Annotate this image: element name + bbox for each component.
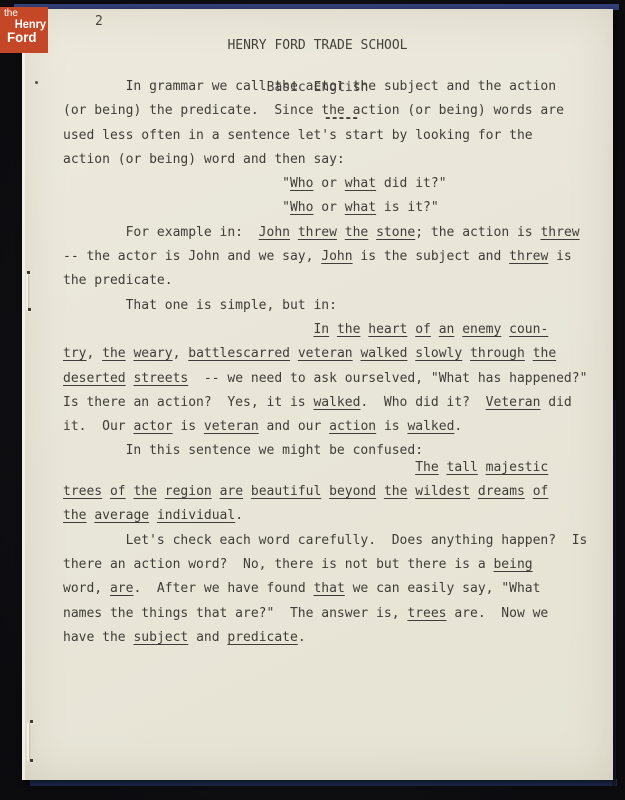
scanned-document: 2 HENRY FORD TRADE SCHOOL Basic English …: [0, 0, 625, 800]
header-title: HENRY FORD TRADE SCHOOL: [22, 39, 613, 53]
text-segment: .: [235, 508, 243, 523]
text-segment: did it?": [376, 176, 446, 191]
text-line: have the subject and predicate.: [63, 626, 608, 650]
text-segment: [376, 484, 384, 499]
text-segment: Is there an action? Yes, it is: [63, 395, 313, 410]
text-segment: [329, 322, 337, 337]
text-segment: majestic: [486, 460, 549, 475]
text-line: In the heart of an enemy coun-: [63, 318, 608, 342]
text-segment: try: [63, 346, 86, 361]
text-segment: the: [533, 346, 556, 361]
text-line: trees of the region are beautiful beyond…: [63, 480, 608, 504]
text-segment: average: [94, 508, 149, 523]
text-segment: the: [63, 508, 86, 523]
text-segment: and our: [259, 419, 329, 434]
text-segment: are. Now we: [447, 606, 549, 621]
text-segment: enemy: [462, 322, 501, 337]
staple-groove: [26, 274, 28, 310]
text-segment: In this sentence we might be confused:: [126, 443, 423, 458]
text-segment: threw: [540, 225, 579, 240]
text-segment: predicate: [227, 630, 297, 645]
text-segment: beautiful: [251, 484, 321, 499]
text-segment: [149, 508, 157, 523]
staple-mark: [27, 271, 30, 274]
text-segment: veteran: [298, 346, 353, 361]
text-segment: the: [345, 225, 368, 240]
text-segment: word,: [63, 581, 110, 596]
text-line: Is there an action? Yes, it is walked. W…: [63, 391, 608, 415]
text-line: it. Our actor is veteran and our action …: [63, 415, 608, 439]
text-line: the predicate.: [63, 269, 608, 293]
text-segment: actor: [133, 419, 172, 434]
text-segment: the: [102, 346, 125, 361]
text-segment: slowly: [415, 346, 462, 361]
text-segment: names the things that are?" The answer i…: [63, 606, 407, 621]
document-body: In grammar we call the actor the subject…: [63, 75, 608, 650]
text-segment: deserted: [63, 371, 126, 386]
text-segment: walked: [360, 346, 407, 361]
text-line: That one is simple, but in:: [63, 294, 608, 318]
text-segment: threw: [509, 249, 548, 264]
text-segment: . Who did it?: [360, 395, 485, 410]
text-segment: .: [454, 419, 462, 434]
text-segment: Veteran: [486, 395, 541, 410]
text-segment: [290, 346, 298, 361]
text-segment: an: [439, 322, 455, 337]
text-segment: .: [298, 630, 306, 645]
text-segment: is: [548, 249, 571, 264]
text-segment: That one is simple, but in:: [126, 298, 337, 313]
text-segment: veteran: [204, 419, 259, 434]
text-segment: is: [376, 419, 407, 434]
text-segment: trees: [63, 484, 102, 499]
text-segment: the: [133, 484, 156, 499]
text-segment: [431, 322, 439, 337]
staple-groove: [27, 723, 29, 761]
text-segment: did: [540, 395, 571, 410]
text-segment: battlescarred: [188, 346, 290, 361]
text-segment: [525, 346, 533, 361]
text-line: used less often in a sentence let's star…: [63, 124, 608, 148]
text-line: deserted streets -- we need to ask ourse…: [63, 367, 608, 391]
text-segment: [321, 484, 329, 499]
text-segment: are: [110, 581, 133, 596]
text-segment: John: [321, 249, 352, 264]
text-segment: trees: [407, 606, 446, 621]
text-segment: ,: [86, 346, 102, 361]
text-segment: of: [415, 322, 431, 337]
text-line: -- the actor is John and we say, John is…: [63, 245, 608, 269]
text-segment: of: [110, 484, 126, 499]
text-segment: Let's check each word carefully. Does an…: [126, 533, 588, 548]
text-segment: is it?": [376, 200, 439, 215]
text-segment: For example in:: [126, 225, 259, 240]
text-segment: what: [345, 200, 376, 215]
text-segment: we can easily say, "What: [345, 581, 541, 596]
scan-edge-bottom: [30, 779, 617, 786]
text-segment: individual: [157, 508, 235, 523]
text-segment: In: [313, 322, 329, 337]
text-segment: [212, 484, 220, 499]
text-segment: Who: [290, 200, 313, 215]
text-segment: is the subject and: [353, 249, 510, 264]
text-segment: -- we need to ask ourselved, "What has h…: [188, 371, 587, 386]
text-segment: [470, 484, 478, 499]
text-segment: the predicate.: [63, 273, 173, 288]
text-segment: tall: [447, 460, 478, 475]
text-segment: [243, 484, 251, 499]
staple-mark: [28, 308, 31, 311]
text-segment: [439, 460, 447, 475]
text-segment: or: [313, 200, 344, 215]
text-segment: ": [282, 176, 290, 191]
text-segment: [102, 484, 110, 499]
text-segment: it. Our: [63, 419, 133, 434]
text-segment: or: [313, 176, 344, 191]
text-segment: subject: [133, 630, 188, 645]
text-segment: [462, 346, 470, 361]
text-segment: dreams: [478, 484, 525, 499]
paper-speck: [35, 81, 38, 84]
text-line: Let's check each word carefully. Does an…: [63, 529, 608, 553]
text-segment: the: [384, 484, 407, 499]
text-segment: of: [533, 484, 549, 499]
staple-mark: [30, 720, 33, 723]
text-line: word, are. After we have found that we c…: [63, 577, 608, 601]
text-segment: action (or being) word and then say:: [63, 152, 345, 167]
text-segment: the: [337, 322, 360, 337]
text-segment: [290, 225, 298, 240]
text-segment: ,: [173, 346, 189, 361]
text-line: "Who or what is it?": [63, 196, 608, 220]
staple-mark: [30, 759, 33, 762]
henry-ford-logo: the Henry Ford: [0, 7, 48, 53]
text-segment: The: [415, 460, 438, 475]
text-line: there an action word? No, there is not b…: [63, 553, 608, 577]
text-line: names the things that are?" The answer i…: [63, 602, 608, 626]
text-line: "Who or what did it?": [63, 172, 608, 196]
text-segment: [525, 484, 533, 499]
text-segment: being: [493, 557, 532, 572]
text-line: try, the weary, battlescarred veteran wa…: [63, 342, 608, 366]
text-segment: that: [313, 581, 344, 596]
text-segment: In grammar we call the actor the subject…: [126, 79, 556, 94]
text-line: (or being) the predicate. Since the acti…: [63, 99, 608, 123]
text-segment: weary: [133, 346, 172, 361]
text-segment: [368, 225, 376, 240]
text-segment: region: [165, 484, 212, 499]
text-segment: [478, 460, 486, 475]
text-segment: are: [220, 484, 243, 499]
text-segment: -- the actor is John and we say,: [63, 249, 321, 264]
text-segment: ; the action is: [415, 225, 540, 240]
text-segment: heart: [368, 322, 407, 337]
logo-text-ford: Ford: [7, 29, 37, 45]
text-segment: [454, 322, 462, 337]
text-segment: what: [345, 176, 376, 191]
text-segment: streets: [133, 371, 188, 386]
text-segment: there an action word? No, there is not b…: [63, 557, 493, 572]
text-segment: (or being) the predicate. Since the acti…: [63, 103, 564, 118]
text-segment: John: [259, 225, 290, 240]
text-line: In grammar we call the actor the subject…: [63, 75, 608, 99]
text-segment: [157, 484, 165, 499]
text-line: For example in: John threw the stone; th…: [63, 221, 608, 245]
text-segment: used less often in a sentence let's star…: [63, 128, 533, 143]
text-segment: is: [173, 419, 204, 434]
text-segment: have the: [63, 630, 133, 645]
text-segment: [337, 225, 345, 240]
document-page: 2 HENRY FORD TRADE SCHOOL Basic English …: [22, 9, 613, 780]
text-segment: action: [329, 419, 376, 434]
text-segment: walked: [313, 395, 360, 410]
text-segment: [501, 322, 509, 337]
text-segment: wildest: [415, 484, 470, 499]
text-segment: ": [282, 200, 290, 215]
text-segment: coun-: [509, 322, 548, 337]
text-segment: walked: [407, 419, 454, 434]
text-segment: and: [188, 630, 227, 645]
text-segment: through: [470, 346, 525, 361]
text-line: the average individual.: [63, 504, 608, 528]
text-segment: . After we have found: [133, 581, 313, 596]
text-segment: stone: [376, 225, 415, 240]
text-segment: threw: [298, 225, 337, 240]
text-segment: beyond: [329, 484, 376, 499]
text-segment: Who: [290, 176, 313, 191]
text-line: action (or being) word and then say:: [63, 148, 608, 172]
